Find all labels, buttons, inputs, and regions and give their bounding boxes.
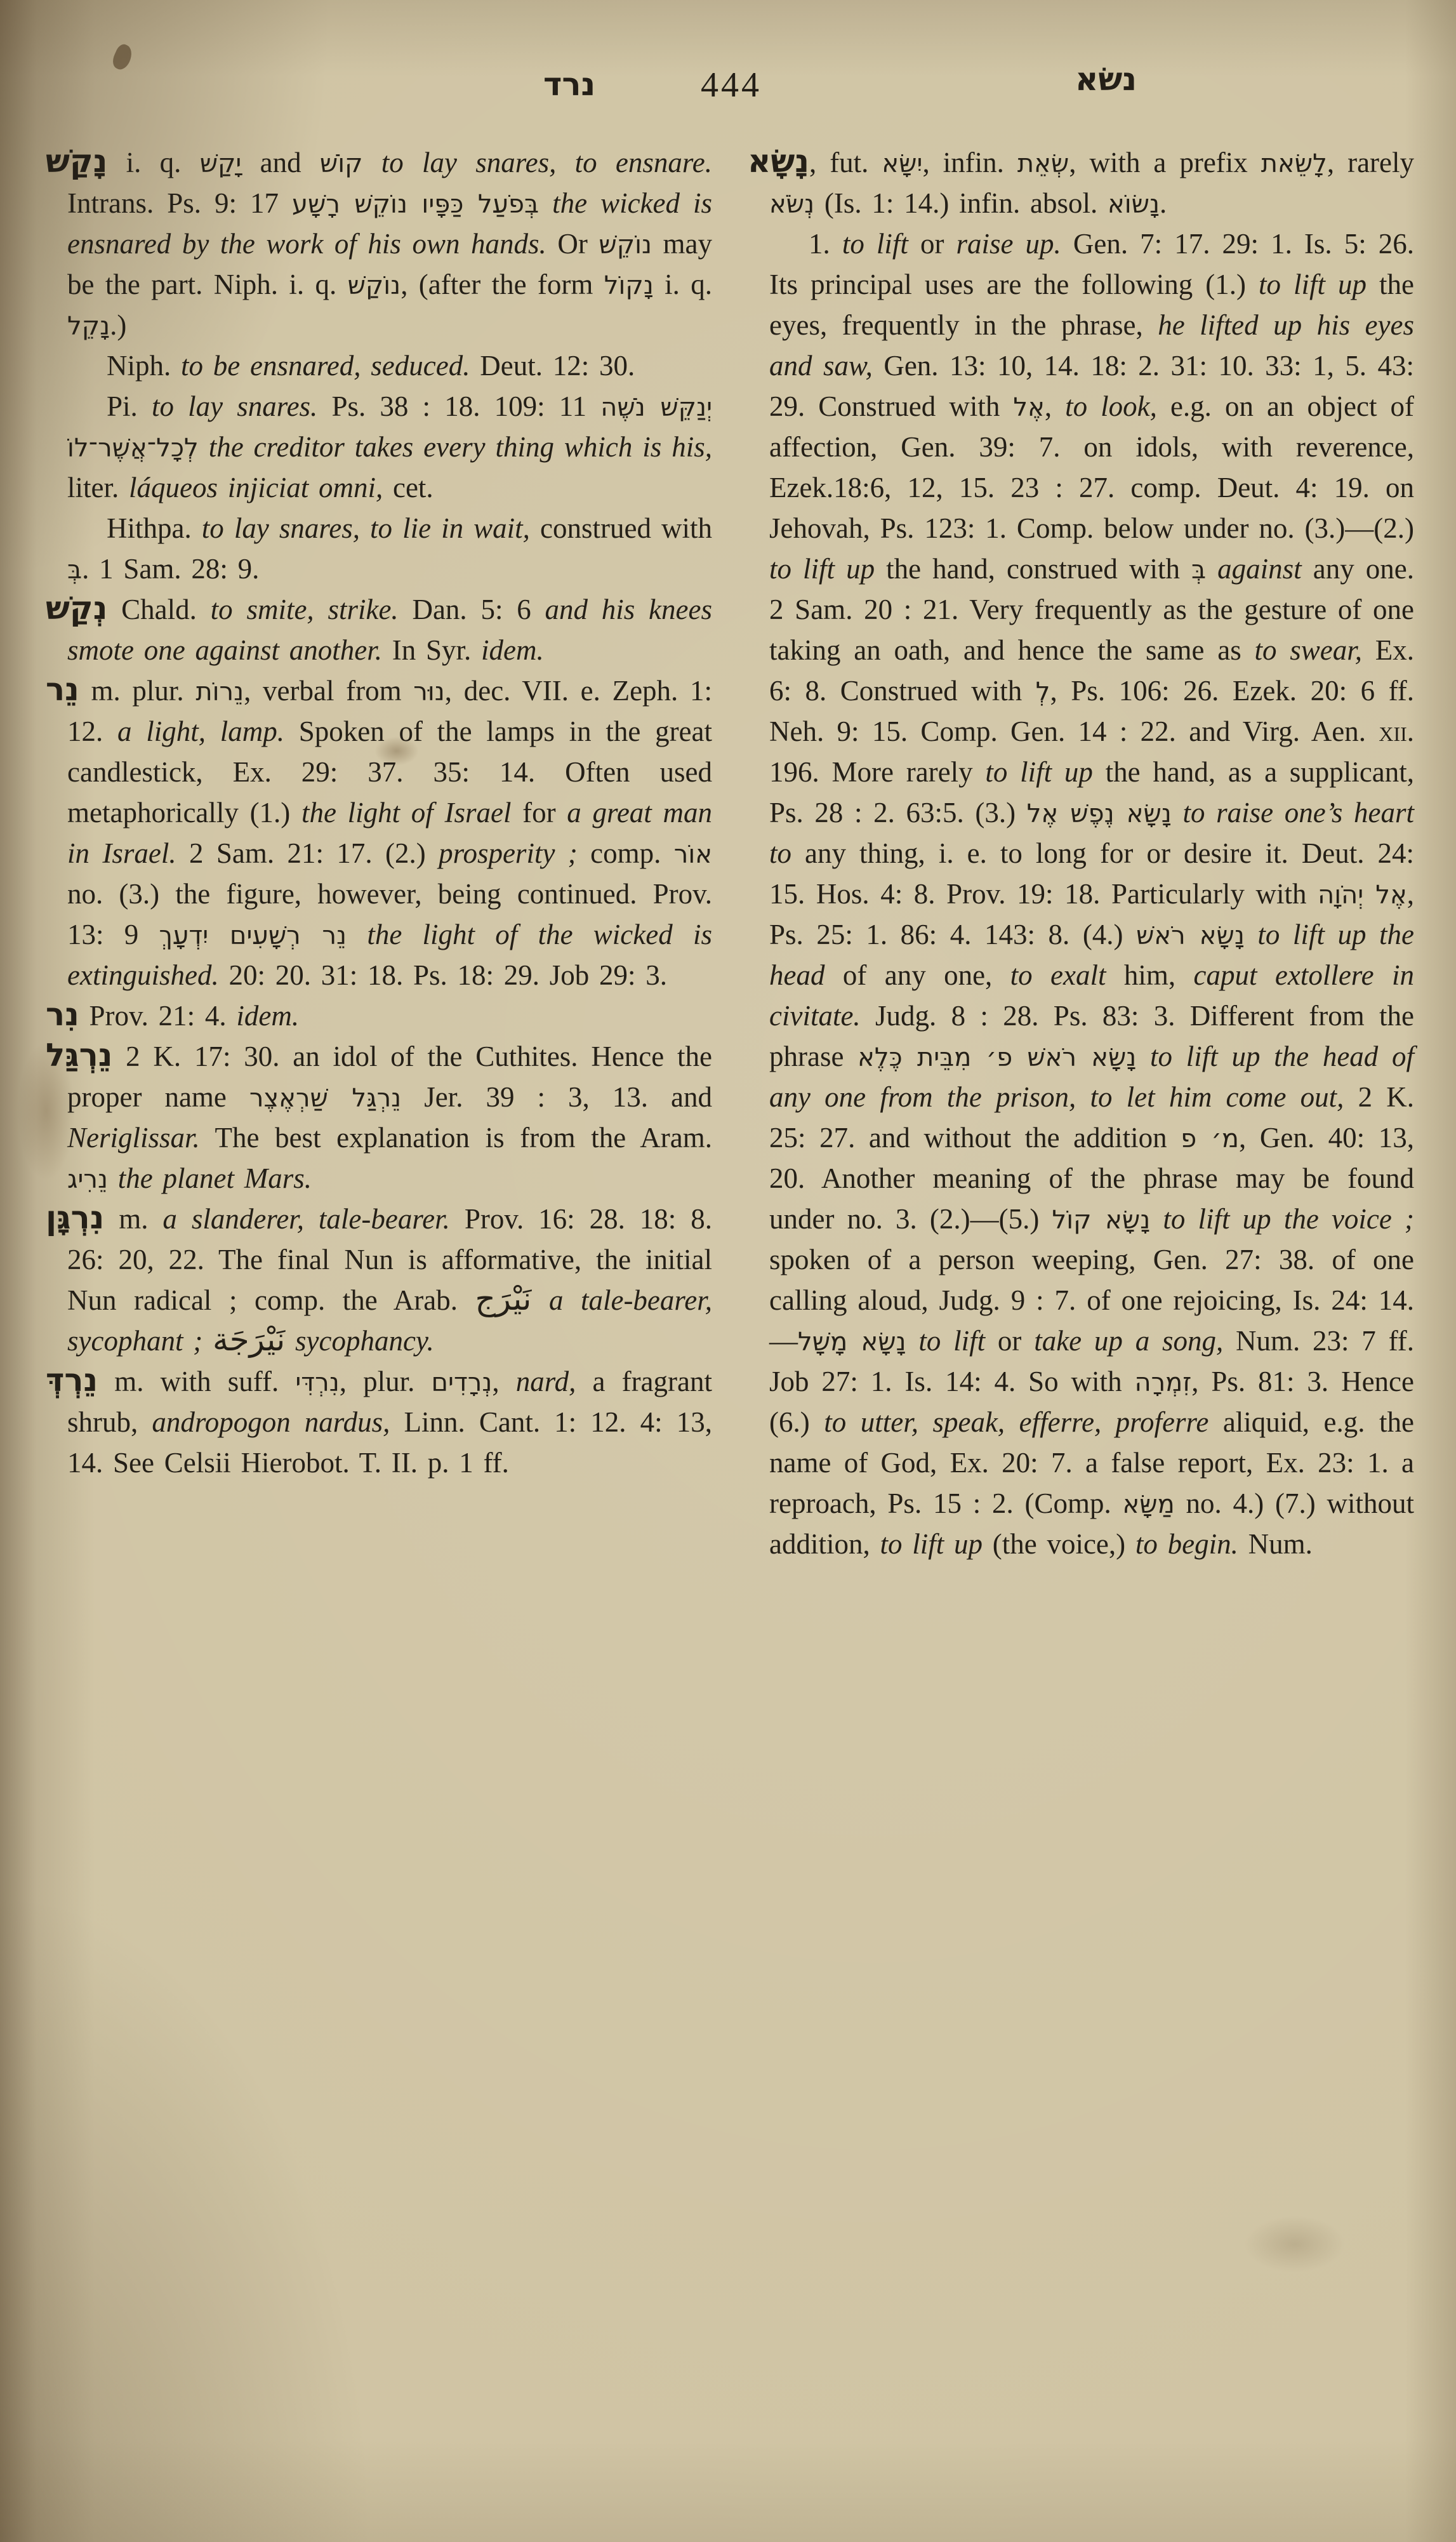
body-text: the hand, construed with bbox=[875, 553, 1191, 585]
body-text: liter. bbox=[67, 472, 129, 503]
page-header: נרד 444 נשׂא bbox=[0, 61, 1456, 131]
body-text: , with a prefix bbox=[1069, 147, 1261, 178]
italic-text: against bbox=[1217, 553, 1302, 585]
hebrew-text: נִרְדִּי bbox=[295, 1368, 339, 1397]
entry-paragraph: נָשָׂא, fut. יִשָּׂא, infin. שְׂאֵת, wit… bbox=[769, 142, 1414, 223]
entry-paragraph: נֵרְגַּל 2 K. 17: 30. an idol of the Cut… bbox=[67, 1036, 712, 1199]
body-text: , rarely bbox=[1327, 147, 1414, 178]
body-text: of any one, bbox=[824, 959, 1010, 991]
italic-text: Neriglissar. bbox=[67, 1122, 200, 1154]
italic-text: raise up. bbox=[956, 228, 1061, 260]
italic-text: the planet Mars. bbox=[108, 1162, 312, 1194]
body-text: Deut. 12: 30. bbox=[470, 350, 635, 382]
hebrew-text: זִמְרָה bbox=[1134, 1368, 1191, 1397]
body-text: The best explanation is from the Aram. bbox=[200, 1122, 712, 1154]
italic-text: láqueos injiciat omni, bbox=[129, 472, 383, 503]
paper-stain bbox=[1244, 2216, 1346, 2273]
body-text: m. bbox=[104, 1203, 162, 1235]
hebrew-text: בְּפֹעַל כַּפָּיו נוֹקֵשׁ רָשָׁע bbox=[292, 190, 539, 219]
hebrew-text: נֵרִיג bbox=[67, 1165, 108, 1194]
body-text: 2 Sam. 21: 17. (2.) bbox=[176, 837, 439, 869]
dictionary-entry: נֵר m. plur. נֵרוֹת, verbal from נוּר, d… bbox=[67, 670, 712, 995]
body-text: or bbox=[908, 228, 956, 260]
body-text: Prov. 21: 4. bbox=[79, 1000, 237, 1032]
hebrew-text: נָשָׂא קוֹל bbox=[1052, 1206, 1151, 1235]
hebrew-text: נְרָדִים bbox=[431, 1368, 492, 1397]
body-text: 20: 20. 31: 18. Ps. 18: 29. Job 29: 3. bbox=[219, 959, 667, 991]
entry-paragraph: Niph. to be ensnared, seduced. Deut. 12:… bbox=[67, 345, 712, 386]
guide-word-right: נשׂא bbox=[1075, 61, 1137, 98]
italic-text: to lay snares, to ensnare. bbox=[363, 147, 712, 178]
body-text: (Is. 1: 14.) infin. absol. bbox=[814, 187, 1108, 219]
arabic-text: نَيْرَج bbox=[475, 1281, 532, 1317]
entry-paragraph: נֵר m. plur. נֵרוֹת, verbal from נוּר, d… bbox=[67, 670, 712, 995]
headword: נֵר bbox=[46, 671, 79, 708]
arabic-text: نَيْرَجَة bbox=[213, 1321, 285, 1358]
body-text: for bbox=[511, 797, 567, 828]
hebrew-text: אֶל bbox=[1013, 393, 1044, 422]
body-text: , (after the form bbox=[400, 269, 604, 300]
entry-paragraph: 1. to lift or raise up. Gen. 7: 17. 29: … bbox=[769, 223, 1414, 1564]
headword: נָשָׂא bbox=[748, 143, 809, 180]
hebrew-text: יִשָּׂא bbox=[882, 149, 922, 178]
body-text: 196. More rarely bbox=[769, 756, 985, 788]
body-text: and bbox=[241, 147, 320, 178]
headword: נָקַשׁ bbox=[46, 143, 107, 180]
headword: נִר bbox=[46, 996, 79, 1033]
body-text: , plur. bbox=[340, 1366, 432, 1397]
body-text: , bbox=[1045, 390, 1065, 422]
italic-text: a light, lamp. bbox=[117, 715, 284, 747]
hebrew-text: נֵרְגַּל שַׁרְאֶצֶר bbox=[249, 1084, 401, 1113]
body-text: construed with bbox=[530, 512, 712, 544]
body-text: , bbox=[492, 1366, 515, 1397]
right-column: נָשָׂא, fut. יִשָּׂא, infin. שְׂאֵת, wit… bbox=[748, 142, 1414, 1564]
body-text: m. plur. bbox=[79, 675, 196, 707]
dictionary-entry: נֵרְדְּ m. with suff. נִרְדִּי, plur. נְ… bbox=[67, 1361, 712, 1483]
italic-text: to swear, bbox=[1254, 634, 1362, 666]
body-text: Or bbox=[546, 228, 599, 260]
headword: נֵרְגַּל bbox=[46, 1037, 112, 1074]
body-text: cet. bbox=[383, 472, 433, 503]
italic-text: andropogon nardus, bbox=[152, 1406, 390, 1438]
hebrew-text: נָשָׂא מָשָׁל bbox=[798, 1328, 906, 1357]
page-number: 444 bbox=[701, 65, 762, 105]
italic-text: sycophancy. bbox=[295, 1325, 434, 1357]
dictionary-entry: נֵרְגַּל 2 K. 17: 30. an idol of the Cut… bbox=[67, 1036, 712, 1199]
italic-text: the creditor takes every thing which is … bbox=[199, 431, 712, 463]
guide-word-left: נרד bbox=[543, 66, 595, 103]
body-text bbox=[1150, 1203, 1163, 1235]
entry-paragraph: נִר Prov. 21: 4. idem. bbox=[67, 995, 712, 1036]
hebrew-text: קוֹשׁ bbox=[320, 149, 363, 178]
hebrew-text: אוֹר bbox=[674, 840, 712, 869]
left-column: נָקַשׁ i. q. יָקַשׁ and קוֹשׁ to lay sna… bbox=[46, 142, 712, 1564]
entry-paragraph: נָקַשׁ i. q. יָקַשׁ and קוֹשׁ to lay sna… bbox=[67, 142, 712, 345]
hebrew-text: נָשָׂא רֹאשׁ bbox=[1136, 921, 1245, 950]
hebrew-text: מ׳ פ bbox=[1181, 1124, 1239, 1154]
italic-text: the light of Israel bbox=[301, 797, 512, 828]
body-text bbox=[285, 1325, 295, 1357]
body-text: Intrans. Ps. 9: 17 bbox=[67, 187, 292, 219]
entry-paragraph: נִרְגָּן m. a slanderer, tale-bearer. Pr… bbox=[67, 1199, 712, 1361]
body-text: Pi. bbox=[107, 390, 152, 422]
body-text: Ps. 38 : 18. 109: 11 bbox=[317, 390, 600, 422]
body-text: , verbal from bbox=[244, 675, 413, 707]
hebrew-text: נָשָׂא נֶפֶשׁ אֶל bbox=[1027, 799, 1172, 828]
body-text: i. q. bbox=[107, 147, 199, 178]
hebrew-text: נָשָׂא רֹאשׁ פ׳ מִבֵּית כֶּלֶא bbox=[857, 1043, 1136, 1072]
body-text: , fut. bbox=[809, 147, 882, 178]
entry-paragraph: נְקַשׁ Chald. to smite, strike. Dan. 5: … bbox=[67, 589, 712, 670]
italic-text: idem. bbox=[481, 634, 544, 666]
hebrew-text: נָשׂוֹא bbox=[1108, 190, 1160, 219]
body-text: Jer. 39 : 3, 13. and bbox=[401, 1081, 712, 1113]
text-columns: נָקַשׁ i. q. יָקַשׁ and קוֹשׁ to lay sna… bbox=[46, 142, 1414, 1564]
body-text: (the voice,) bbox=[983, 1528, 1135, 1560]
lexicon-page: נרד 444 נשׂא נָקַשׁ i. q. יָקַשׁ and קוֹ… bbox=[0, 0, 1456, 2542]
italic-text: to be ensnared, seduced. bbox=[181, 350, 470, 382]
body-text bbox=[1206, 553, 1217, 585]
italic-text: to begin. bbox=[1135, 1528, 1238, 1560]
body-text bbox=[1172, 797, 1183, 828]
body-text: Num. bbox=[1238, 1528, 1313, 1560]
hebrew-text: לָשֵׂאת bbox=[1261, 149, 1327, 178]
italic-text: to look, bbox=[1065, 390, 1157, 422]
hebrew-text: נֵרוֹת bbox=[195, 677, 244, 707]
body-text: Dan. 5: 6 bbox=[399, 594, 545, 625]
hebrew-text: מַשָּׂא bbox=[1123, 1490, 1175, 1519]
italic-text: to lay snares. bbox=[152, 390, 317, 422]
italic-text: to lift up the voice ; bbox=[1163, 1203, 1414, 1235]
entry-paragraph: Hithpa. to lay snares, to lie in wait, c… bbox=[67, 508, 712, 589]
dictionary-entry: נְקַשׁ Chald. to smite, strike. Dan. 5: … bbox=[67, 589, 712, 670]
body-text: , infin. bbox=[922, 147, 1017, 178]
body-text: 1. bbox=[809, 228, 842, 260]
italic-text: nard, bbox=[516, 1366, 576, 1397]
dictionary-entry: נִר Prov. 21: 4. idem. bbox=[67, 995, 712, 1036]
body-text bbox=[202, 1325, 213, 1357]
headword: נְקַשׁ bbox=[46, 590, 107, 627]
italic-text: to lift up bbox=[880, 1528, 983, 1560]
body-text: Niph. bbox=[107, 350, 181, 382]
hebrew-text: נוֹקֵשׁ bbox=[599, 230, 652, 260]
hebrew-text: בְּ bbox=[1191, 556, 1206, 585]
italic-text: to lift up bbox=[985, 756, 1093, 788]
hebrew-text: נָקֵל bbox=[67, 312, 110, 341]
italic-text: to utter, speak, efferre, proferre bbox=[824, 1406, 1208, 1438]
headword: נִרְגָּן bbox=[46, 1199, 104, 1236]
italic-text: to lift up bbox=[1259, 269, 1367, 300]
dictionary-entry: נָקַשׁ i. q. יָקַשׁ and קוֹשׁ to lay sna… bbox=[67, 142, 712, 589]
italic-text: to lay snares, to lie in wait, bbox=[202, 512, 530, 544]
hebrew-text: נוֹקַשׁ bbox=[348, 271, 401, 300]
body-text: .) bbox=[110, 309, 126, 341]
body-text: . 1 Sam. 28: 9. bbox=[82, 553, 259, 585]
entry-paragraph: Pi. to lay snares. Ps. 38 : 18. 109: 11 … bbox=[67, 386, 712, 508]
italic-text: to lift bbox=[842, 228, 908, 260]
body-text: Chald. bbox=[107, 594, 210, 625]
smallcaps-text: xii. bbox=[1379, 715, 1414, 747]
body-text bbox=[1136, 1041, 1150, 1072]
headword: נֵרְדְּ bbox=[46, 1362, 98, 1399]
hebrew-text: נָקוֹל bbox=[604, 271, 654, 300]
body-text: . bbox=[1160, 187, 1167, 219]
dictionary-entry: נָשָׂא, fut. יִשָּׂא, infin. שְׂאֵת, wit… bbox=[769, 142, 1414, 1564]
hebrew-text: אֶל יְהֹוָה bbox=[1318, 881, 1407, 910]
body-text: In Syr. bbox=[382, 634, 481, 666]
body-text: Hithpa. bbox=[107, 512, 202, 544]
body-text bbox=[1245, 919, 1258, 950]
body-text: m. with suff. bbox=[98, 1366, 295, 1397]
italic-text: take up a song, bbox=[1034, 1325, 1223, 1357]
body-text bbox=[906, 1325, 919, 1357]
hebrew-text: נֵר רְשָׁעִים יִדְעָךְ bbox=[159, 921, 347, 950]
italic-text: prosperity ; bbox=[439, 837, 578, 869]
hebrew-text: נְשֹׂא bbox=[769, 190, 814, 219]
italic-text: idem. bbox=[236, 1000, 299, 1032]
italic-text: a slanderer, tale-bearer. bbox=[162, 1203, 450, 1235]
body-text: comp. bbox=[578, 837, 674, 869]
hebrew-text: יָקַשׁ bbox=[200, 149, 242, 178]
hebrew-text: שְׂאֵת bbox=[1017, 149, 1069, 178]
italic-text: to exalt bbox=[1010, 959, 1106, 991]
italic-text: to smite, strike. bbox=[211, 594, 399, 625]
italic-text: to lift up bbox=[769, 553, 875, 585]
hebrew-text: לְ bbox=[1036, 677, 1050, 707]
hebrew-text: נוּר bbox=[413, 677, 445, 707]
entry-paragraph: נֵרְדְּ m. with suff. נִרְדִּי, plur. נְ… bbox=[67, 1361, 712, 1483]
body-text bbox=[531, 1284, 549, 1316]
body-text: or bbox=[985, 1325, 1034, 1357]
body-text: i. q. bbox=[654, 269, 712, 300]
dictionary-entry: נִרְגָּן m. a slanderer, tale-bearer. Pr… bbox=[67, 1199, 712, 1361]
body-text: him, bbox=[1106, 959, 1194, 991]
italic-text: to lift bbox=[918, 1325, 985, 1357]
hebrew-text: בְּ bbox=[67, 556, 82, 585]
